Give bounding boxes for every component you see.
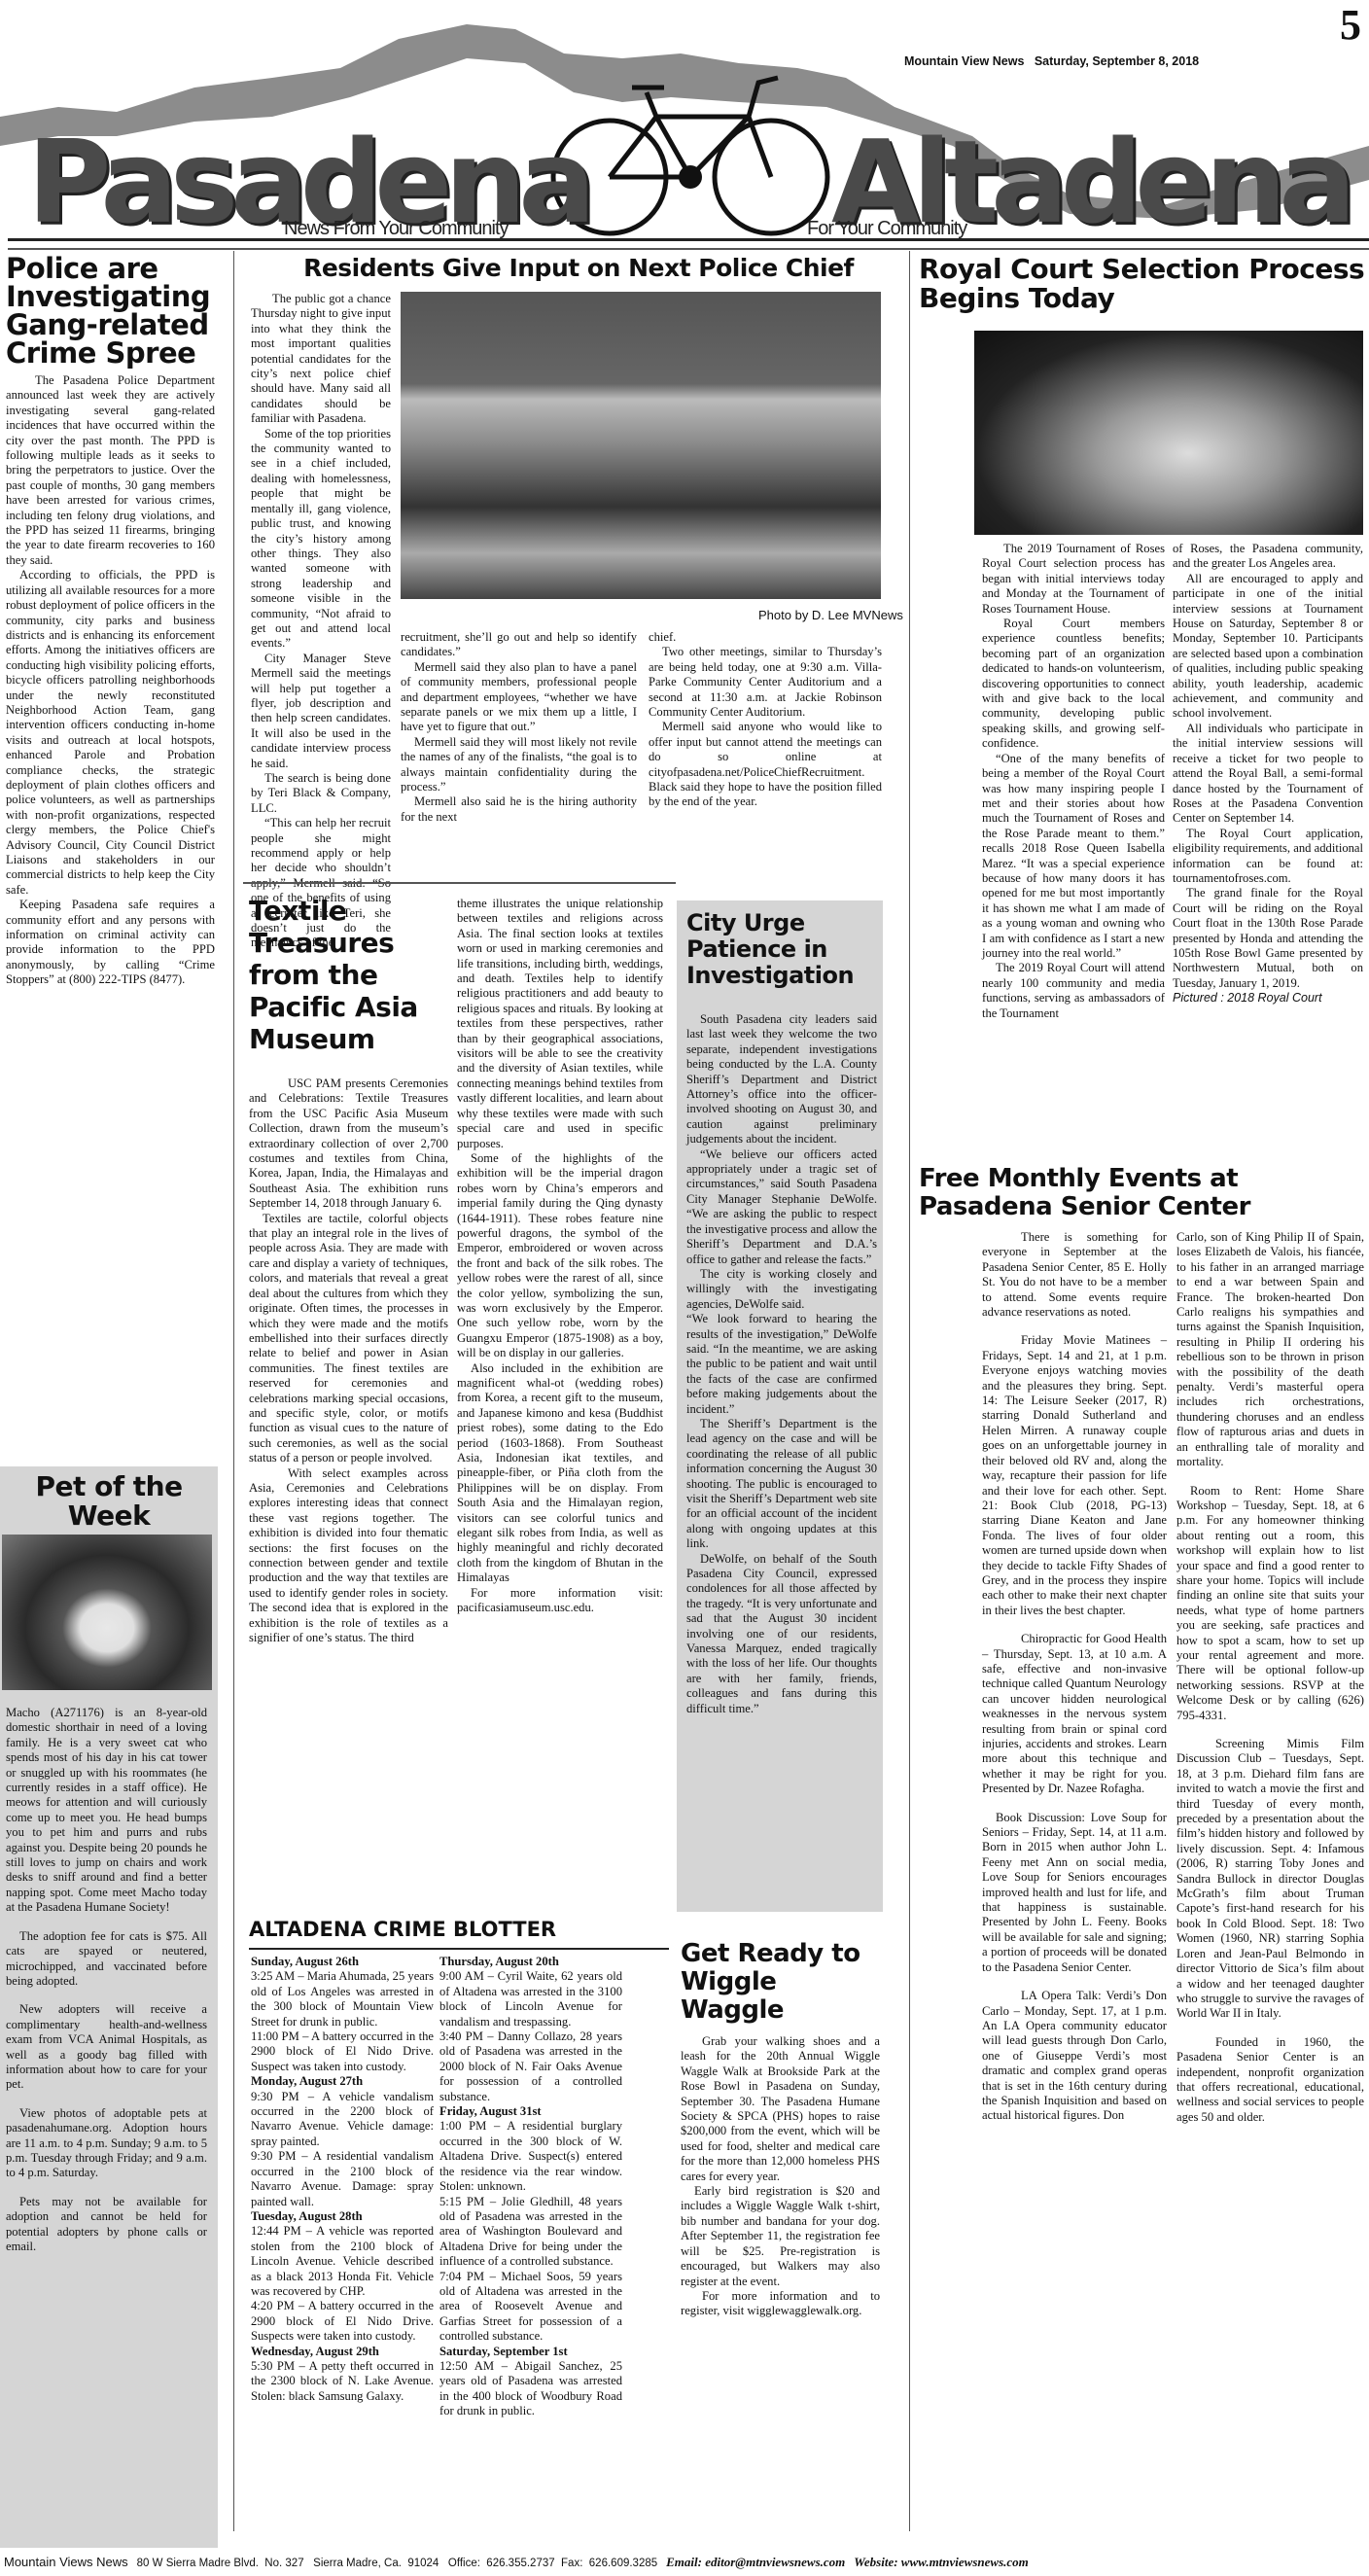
blotter-entry: 12:44 PM – A vehicle was reported stolen… [251, 2224, 434, 2299]
textile-paragraph: USC PAM presents Ceremonies and Celebrat… [249, 1076, 448, 1212]
blotter-entry: 12:50 AM – Abigail Sanchez, 25 years old… [439, 2359, 622, 2419]
pet-headline: Pet of the Week [0, 1466, 218, 1531]
footer-paper-name: Mountain Views News [4, 2555, 128, 2569]
patience-paragraph: DeWolfe, on behalf of the South Pasadena… [686, 1552, 877, 1716]
column-divider [233, 251, 234, 2531]
blotter-col-2: Thursday, August 20th 9:00 AM – Cyril Wa… [439, 1955, 622, 2419]
blotter-entry: 3:40 PM – Danny Collazo, 28 years old of… [439, 2029, 622, 2104]
chief-meeting-photo [401, 292, 881, 599]
blotter-day: Wednesday, August 29th [251, 2345, 434, 2359]
police-headline: Police are Investigating Gang-related Cr… [6, 255, 215, 368]
textile-paragraph: Also included in the exhibition are magn… [457, 1361, 663, 1586]
blotter-day: Sunday, August 26th [251, 1955, 434, 1969]
pet-paragraph: The adoption fee for cats is $75. All ca… [6, 1929, 207, 1990]
chief-paragraph: Two other meetings, similar to Thursday’… [649, 645, 882, 720]
chief-paragraph: City Manager Steve Mermell said the meet… [251, 652, 391, 771]
footer-website[interactable]: Website: www.mtnviewsnews.com [854, 2555, 1028, 2569]
blotter-day: Tuesday, August 28th [251, 2209, 434, 2224]
senior-paragraph: LA Opera Talk: Verdi’s Don Carlo – Monda… [982, 1989, 1167, 2124]
senior-col-1: There is something for everyone in Septe… [982, 1230, 1167, 2124]
masthead-rule [8, 238, 1369, 250]
royal-paragraph: Royal Court members experience countless… [982, 617, 1165, 752]
patience-paragraph: The city is working closely and willingl… [686, 1267, 877, 1312]
tagline-left: News From Your Community [284, 218, 509, 240]
chief-paragraph: Mermell also said he is the hiring autho… [401, 794, 637, 825]
pet-photo-cat [2, 1535, 212, 1690]
blotter-entry: 4:20 PM – A battery occurred in the 2900… [251, 2299, 434, 2344]
royal-court-selfie-photo [974, 331, 1363, 535]
pet-paragraph: View photos of adoptable pets at pasaden… [6, 2106, 207, 2181]
police-paragraph: The Pasadena Police Department announced… [6, 373, 215, 568]
blotter-rule [249, 1948, 669, 1950]
textile-paragraph: Textiles are tactile, colorful objects t… [249, 1212, 448, 1466]
blotter-entry: 5:15 PM – Jolie Gledhill, 48 years old o… [439, 2195, 622, 2270]
chief-paragraph: recruitment, she’ll go out and help so i… [401, 630, 637, 660]
wiggle-paragraph: Grab your walking shoes and a leash for … [681, 2034, 880, 2184]
textile-paragraph: With select examples across Asia, Ceremo… [249, 1466, 448, 1646]
chief-paragraph: Mermell said anyone who would like to of… [649, 720, 882, 780]
royal-paragraph: All are encouraged to apply and particip… [1173, 572, 1363, 722]
patience-paragraph: South Pasadena city leaders said last la… [686, 1012, 877, 1147]
royal-headline: Royal Court Selection Process Begins Tod… [919, 255, 1366, 313]
chief-paragraph: Black said they hope to have the positio… [649, 780, 882, 810]
royal-paragraph: The grand finale for the Royal Court wil… [1173, 886, 1363, 991]
police-paragraph: According to officials, the PPD is utili… [6, 568, 215, 898]
chief-paragraph: The public got a chance Thursday night t… [251, 292, 391, 427]
chief-col-2: recruitment, she’ll go out and help so i… [401, 630, 637, 825]
royal-col-1: The 2019 Tournament of Roses Royal Court… [982, 542, 1165, 1021]
textile-paragraph: theme illustrates the unique relationshi… [457, 897, 663, 1151]
chief-col-3: chief. Two other meetings, similar to Th… [649, 630, 882, 810]
senior-paragraph: Chiropractic for Good Health – Thursday,… [982, 1632, 1167, 1796]
senior-col-2: Carlo, son of King Philip II of Spain, l… [1176, 1230, 1364, 2125]
pet-of-week-box: Pet of the Week Macho (A271176) is an 8-… [0, 1466, 218, 2548]
photo-credit: Photo by D. Lee MVNews [758, 608, 903, 622]
chief-headline: Residents Give Input on Next Police Chie… [243, 255, 914, 282]
footer: Mountain Views News 80 W Sierra Madre Bl… [4, 2555, 1369, 2570]
chief-paragraph: The search is being done by Teri Black &… [251, 771, 391, 816]
footer-email[interactable]: Email: editor@mtnviewsnews.com [666, 2555, 845, 2569]
blotter-entry: 3:25 AM – Maria Ahumada, 25 years old of… [251, 1969, 434, 2029]
pet-paragraph: Pets may not be available for adoption a… [6, 2195, 207, 2255]
blotter-day: Monday, August 27th [251, 2074, 434, 2089]
royal-photo-caption: Pictured : 2018 Royal Court [1173, 991, 1363, 1006]
textile-paragraph: Some of the highlights of the exhibition… [457, 1151, 663, 1361]
tagline-right: For Your Community [807, 218, 966, 240]
blotter-day: Thursday, August 20th [439, 1955, 622, 1969]
section-rule [243, 882, 676, 884]
textile-paragraph: For more information visit: pacificasiam… [457, 1586, 663, 1616]
patience-paragraph: “We look forward to hearing the results … [686, 1312, 877, 1417]
wiggle-body: Grab your walking shoes and a leash for … [681, 2034, 880, 2319]
blotter-entry: 11:00 PM – A battery occurred in the 290… [251, 2029, 434, 2074]
senior-headline: Free Monthly Events at Pasadena Senior C… [919, 1165, 1366, 1221]
royal-paragraph: of Roses, the Pasadena community, and th… [1173, 542, 1363, 572]
blotter-col-1: Sunday, August 26th 3:25 AM – Maria Ahum… [251, 1955, 434, 2404]
senior-paragraph: Room to Rent: Home Share Workshop – Tues… [1176, 1484, 1364, 1724]
blotter-entry: 9:30 PM – A residential vandalism occurr… [251, 2149, 434, 2209]
chief-paragraph: Mermell said they will most likely not r… [401, 735, 637, 795]
blotter-entry: 9:00 AM – Cyril Waite, 62 years old of A… [439, 1969, 622, 2029]
royal-col-2: of Roses, the Pasadena community, and th… [1173, 542, 1363, 1006]
senior-paragraph: Carlo, son of King Philip II of Spain, l… [1176, 1230, 1364, 1470]
patience-paragraph: The Sheriff’s Department is the lead age… [686, 1417, 877, 1552]
patience-headline: City Urge Patience in Investigation [677, 900, 883, 989]
chief-paragraph: Mermell said they also plan to have a pa… [401, 660, 637, 735]
wiggle-paragraph: Early bird registration is $20 and inclu… [681, 2184, 880, 2289]
police-article: Police are Investigating Gang-related Cr… [6, 255, 215, 988]
column-divider [909, 251, 910, 2531]
blotter-day: Friday, August 31st [439, 2104, 622, 2119]
senior-paragraph: Friday Movie Matinees – Fridays, Sept. 1… [982, 1333, 1167, 1618]
royal-paragraph: The 2019 Royal Court will attend nearly … [982, 961, 1165, 1021]
royal-paragraph: The 2019 Tournament of Roses Royal Court… [982, 542, 1165, 617]
royal-paragraph: The Royal Court application, eligibility… [1173, 827, 1363, 887]
bicycle-icon [549, 58, 831, 243]
royal-paragraph: All individuals who participate in the i… [1173, 722, 1363, 827]
textile-headline: Textile Treasures from the Pacific Asia … [249, 895, 453, 1055]
blotter-entry: 9:30 PM – A vehicle vandalism occurred i… [251, 2090, 434, 2150]
footer-address: 80 W Sierra Madre Blvd. No. 327 Sierra M… [137, 2558, 657, 2569]
textile-col-1: USC PAM presents Ceremonies and Celebrat… [249, 1076, 448, 1645]
textile-col-2: theme illustrates the unique relationshi… [457, 897, 663, 1616]
pet-paragraph: Macho (A271176) is an 8-year-old domesti… [6, 1706, 207, 1916]
senior-paragraph: Founded in 1960, the Pasadena Senior Cen… [1176, 2035, 1364, 2125]
wiggle-headline: Get Ready to Wiggle Waggle [681, 1940, 880, 2025]
patience-paragraph: “We believe our officers acted appropria… [686, 1147, 877, 1267]
blotter-entry: 7:04 PM – Michael Soos, 59 years old of … [439, 2270, 622, 2345]
royal-paragraph: “One of the many benefits of being a mem… [982, 752, 1165, 962]
pet-paragraph: New adopters will receive a complimentar… [6, 2002, 207, 2092]
chief-col-1: The public got a chance Thursday night t… [251, 292, 391, 951]
wiggle-paragraph: For more information and to register, vi… [681, 2289, 880, 2319]
blotter-day: Saturday, September 1st [439, 2345, 622, 2359]
senior-paragraph: There is something for everyone in Septe… [982, 1230, 1167, 1320]
blotter-entry: 5:30 PM – A petty theft occurred in the … [251, 2359, 434, 2404]
chief-paragraph: chief. [649, 630, 882, 645]
blotter-entry: 1:00 PM – A residential burglary occurre… [439, 2119, 622, 2194]
blotter-headline: ALTADENA CRIME BLOTTER [249, 1918, 556, 1941]
chief-paragraph: Some of the top priorities the community… [251, 427, 391, 652]
senior-paragraph: Book Discussion: Love Soup for Seniors –… [982, 1811, 1167, 1975]
police-paragraph: Keeping Pasadena safe requires a communi… [6, 898, 215, 987]
patience-box: City Urge Patience in Investigation Sout… [677, 900, 883, 1912]
senior-paragraph: Screening Mimis Film Discussion Club – T… [1176, 1737, 1364, 2022]
